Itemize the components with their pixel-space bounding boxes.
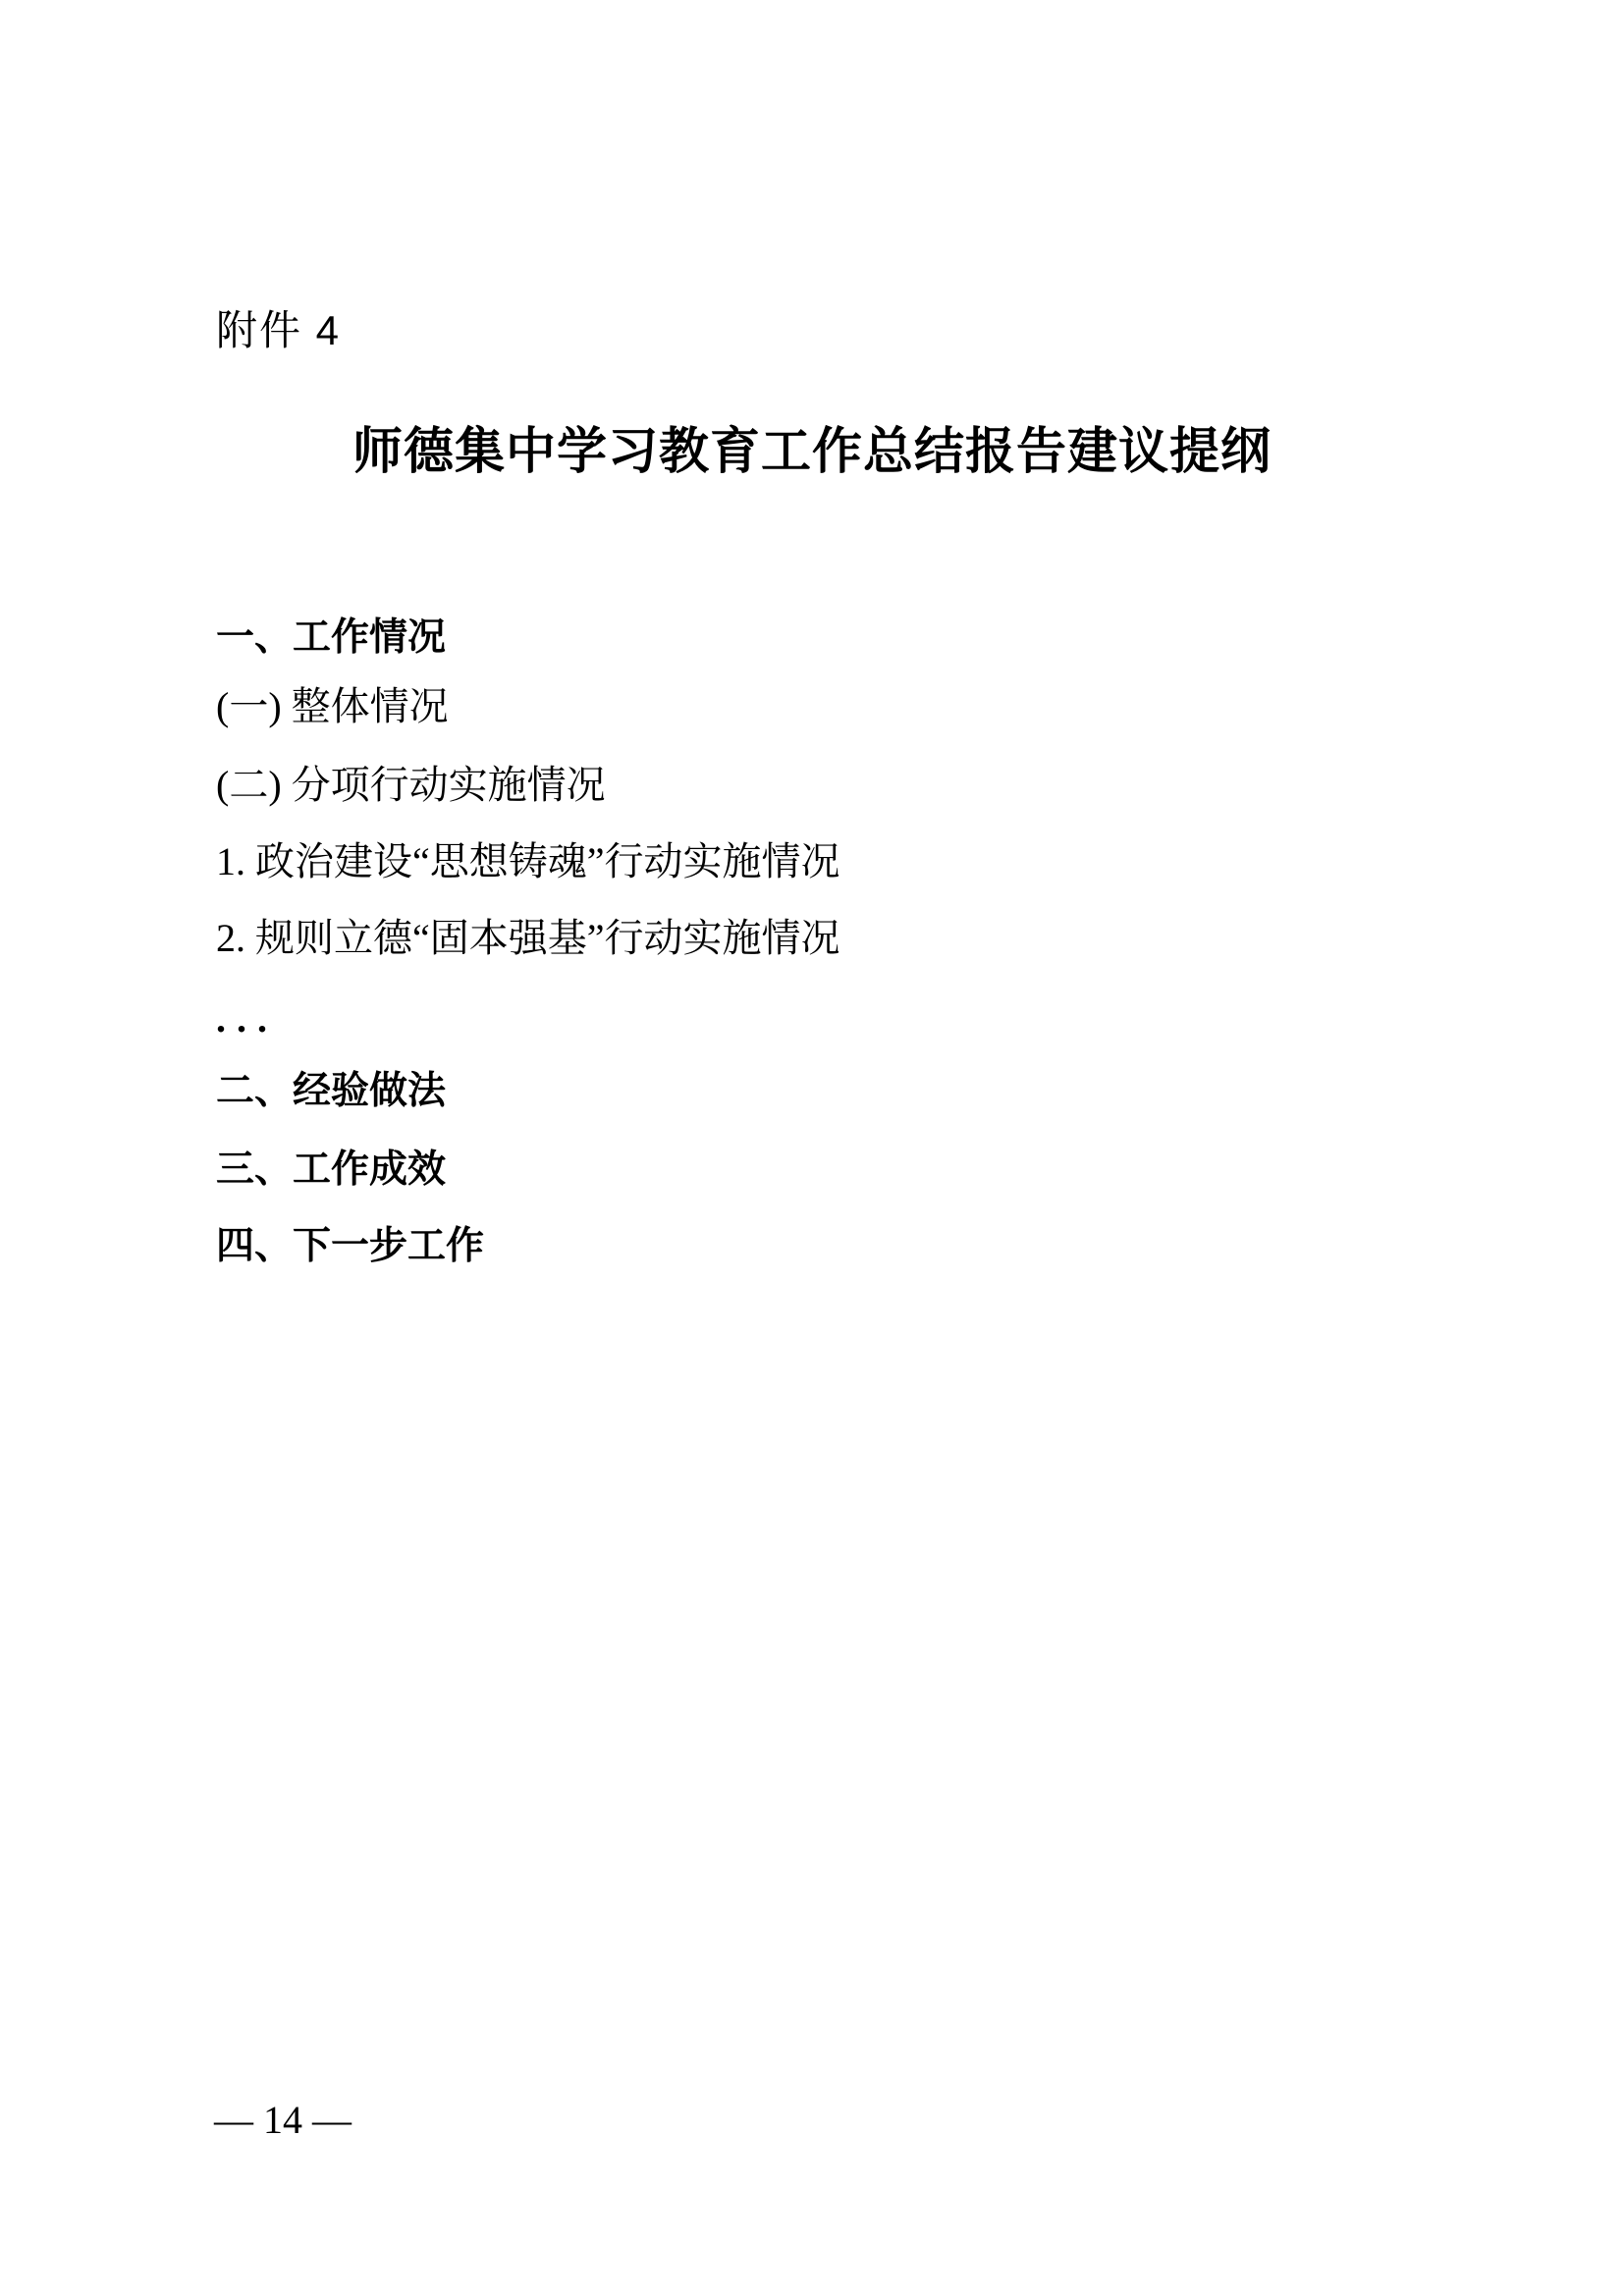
outline-heading-next-steps: 四、下一步工作 [216, 1227, 484, 1265]
outline-item-political-construction: 1. 政治建设“思想铸魂”行动实施情况 [216, 842, 840, 881]
outline-heading-work-results: 三、工作成效 [216, 1150, 446, 1189]
page-number: — 14 — [214, 2101, 352, 2140]
doc-title: 师德集中学习教育工作总结报告建议提纲 [0, 428, 1624, 478]
document-page: 附件 4 师德集中学习教育工作总结报告建议提纲 一、工作情况 (一) 整体情况 … [0, 0, 1624, 2296]
outline-ellipsis: ... [216, 999, 278, 1039]
outline-sub-action-implementation: (二) 分项行动实施情况 [216, 766, 606, 805]
outline-sub-overall-situation: (一) 整体情况 [216, 687, 449, 726]
attachment-label: 附件 4 [216, 310, 341, 351]
outline-heading-work-situation: 一、工作情况 [216, 618, 446, 657]
outline-heading-experience-practices: 二、经验做法 [216, 1072, 446, 1110]
outline-item-rules-morality: 2. 规则立德“固本强基”行动实施情况 [216, 919, 840, 958]
